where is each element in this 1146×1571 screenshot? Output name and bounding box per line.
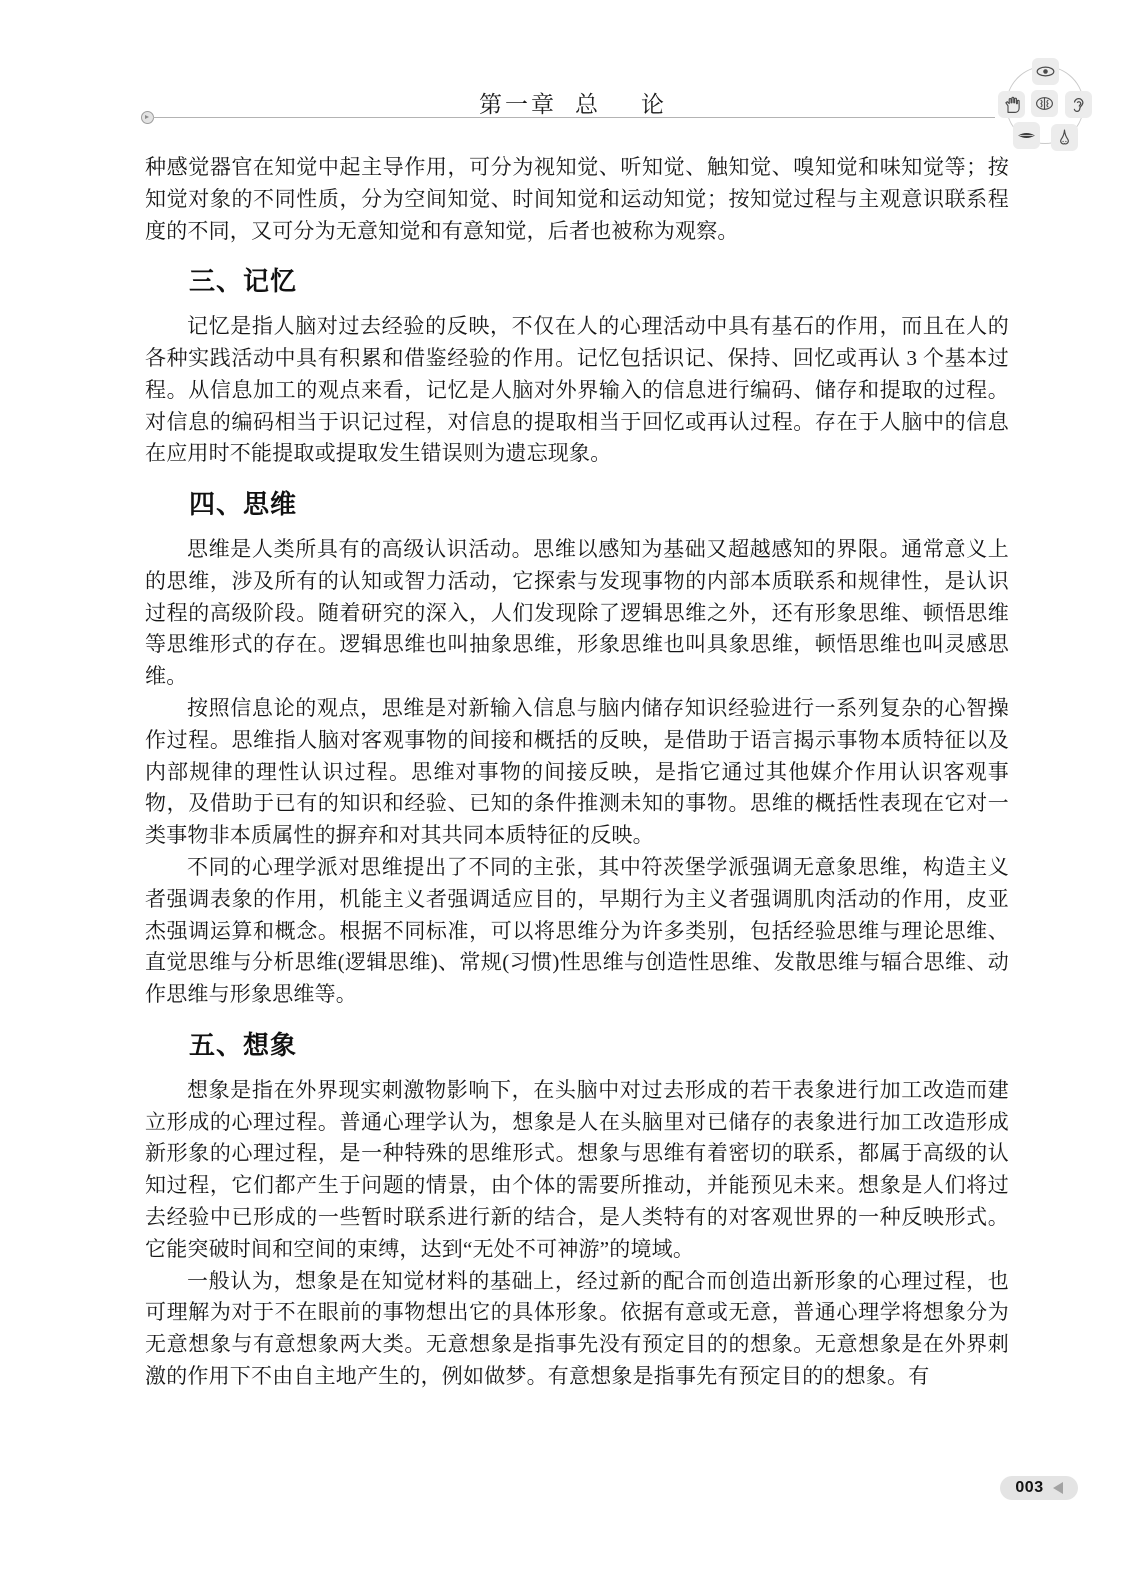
lips-icon <box>1013 122 1040 149</box>
perception-continuation-paragraph: 种感觉器官在知觉中起主导作用，可分为视知觉、听知觉、触知觉、嗅知觉和味知觉等；按… <box>145 152 1009 247</box>
hand-icon <box>998 91 1025 118</box>
thinking-paragraph-2: 按照信息论的观点，思维是对新输入信息与脑内储存知识经验进行一系列复杂的心智操作过… <box>145 693 1009 852</box>
back-triangle-icon <box>1053 1482 1063 1494</box>
senses-ornament <box>998 58 1094 154</box>
brain-icon <box>1031 90 1058 117</box>
chapter-number: 第一章 <box>479 86 557 119</box>
header-rule <box>153 117 995 118</box>
eye-icon <box>1032 58 1059 85</box>
chapter-word-1: 总 <box>575 86 601 119</box>
chapter-word-2: 论 <box>641 86 667 119</box>
page-number-pill: 003 <box>1000 1476 1078 1500</box>
memory-paragraph: 记忆是指人脑对过去经验的反映，不仅在人的心理活动中具有基石的作用，而且在人的各种… <box>145 311 1009 470</box>
nose-icon <box>1051 124 1078 151</box>
thinking-paragraph-3: 不同的心理学派对思维提出了不同的主张，其中符茨堡学派强调无意象思维，构造主义者强… <box>145 852 1009 1011</box>
page-number: 003 <box>1015 1479 1043 1497</box>
section-heading-thinking: 四、思维 <box>189 489 1009 521</box>
section-heading-memory: 三、记忆 <box>189 266 1009 298</box>
page-body: 种感觉器官在知觉中起主导作用，可分为视知觉、听知觉、触知觉、嗅知觉和味知觉等；按… <box>145 152 1009 1393</box>
thinking-paragraph-1: 思维是人类所具有的高级认识活动。思维以感知为基础又超越感知的界限。通常意义上的思… <box>145 534 1009 693</box>
imagination-paragraph-1: 想象是指在外界现实刺激物影响下，在头脑中对过去形成的若干表象进行加工改造而建立形… <box>145 1075 1009 1266</box>
section-heading-imagination: 五、想象 <box>189 1030 1009 1062</box>
ear-icon <box>1065 91 1092 118</box>
imagination-paragraph-2: 一般认为，想象是在知觉材料的基础上，经过新的配合而创造出新形象的心理过程，也可理… <box>145 1266 1009 1393</box>
book-page: 第一章总论 <box>0 0 1146 1571</box>
chapter-title: 第一章总论 <box>0 86 1146 119</box>
